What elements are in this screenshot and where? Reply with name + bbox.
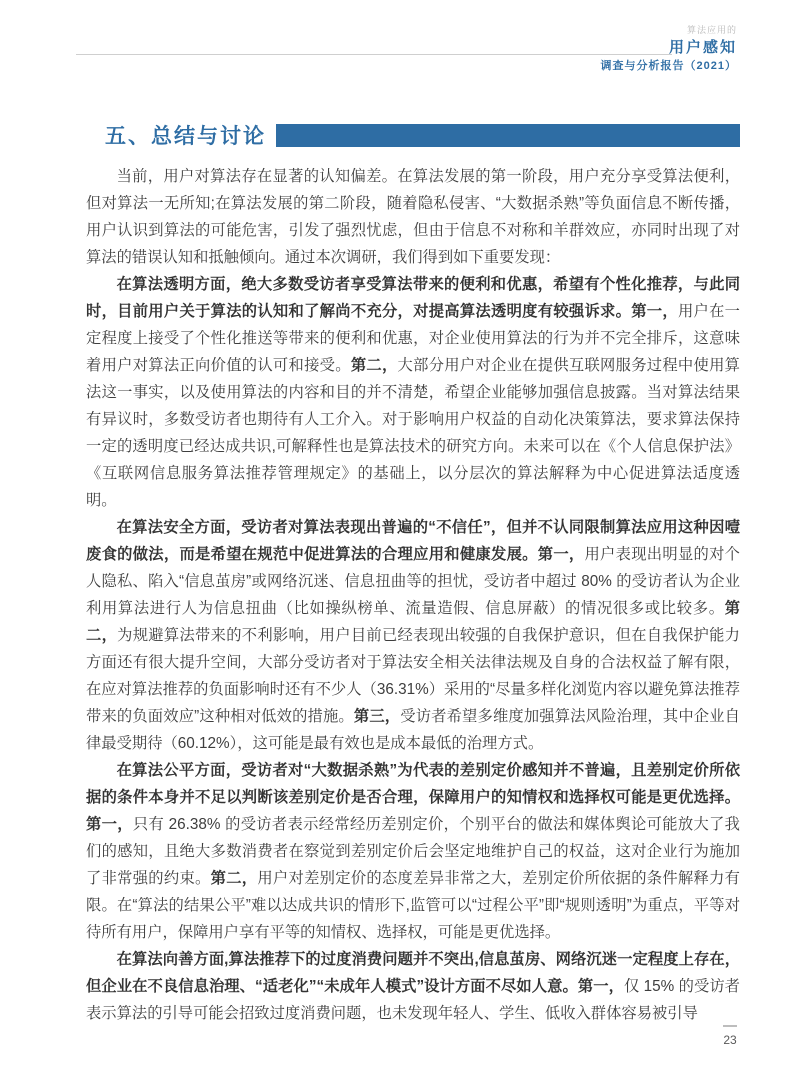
paragraph: 在算法公平方面，受访者对“大数据杀熟”为代表的差别定价感知并不普遍，且差别定价所…: [86, 757, 740, 946]
header-report-title: 用户感知: [601, 39, 737, 58]
page-number: 23: [720, 1033, 740, 1047]
section-title-bar: [276, 124, 740, 147]
text-run: 第二，: [351, 357, 398, 374]
paragraph: 在算法透明方面，绝大多数受访者享受算法带来的便利和优惠，希望有个性化推荐，与此同…: [86, 271, 740, 514]
section-heading-row: 五、总结与讨论: [105, 120, 740, 150]
header-eyebrow: 算法应用的: [601, 25, 737, 36]
text-run: 在算法透明方面，绝大多数受访者享受算法带来的便利和优惠，希望有个性化推荐，与此同…: [86, 276, 740, 320]
body-paragraphs: 当前，用户对算法存在显著的认知偏差。在算法发展的第一阶段，用户充分享受算法便利，…: [86, 163, 740, 1027]
text-run: 大部分用户对企业在提供互联网服务过程中使用算法这一事实，以及使用算法的内容和目的…: [86, 357, 740, 509]
header-report-subtitle: 调查与分析报告（2021）: [601, 60, 737, 74]
footer-divider-line: [723, 1025, 737, 1027]
header-divider-line: [76, 54, 672, 55]
text-run: 第三，: [354, 708, 400, 725]
page-header: 算法应用的 用户感知 调查与分析报告（2021）: [601, 25, 737, 74]
report-page: 算法应用的 用户感知 调查与分析报告（2021） 五、总结与讨论 当前，用户对算…: [0, 0, 793, 1077]
paragraph: 在算法安全方面，受访者对算法表现出普遍的“不信任”，但并不认同限制算法应用这种因…: [86, 514, 740, 757]
paragraph: 在算法向善方面,算法推荐下的过度消费问题并不突出,信息茧房、网络沉迷一定程度上存…: [86, 946, 740, 1027]
section-title: 五、总结与讨论: [105, 120, 266, 150]
paragraph: 当前，用户对算法存在显著的认知偏差。在算法发展的第一阶段，用户充分享受算法便利，…: [86, 163, 740, 271]
text-run: 当前，用户对算法存在显著的认知偏差。在算法发展的第一阶段，用户充分享受算法便利，…: [86, 168, 740, 266]
text-run: 第二，: [211, 870, 258, 887]
